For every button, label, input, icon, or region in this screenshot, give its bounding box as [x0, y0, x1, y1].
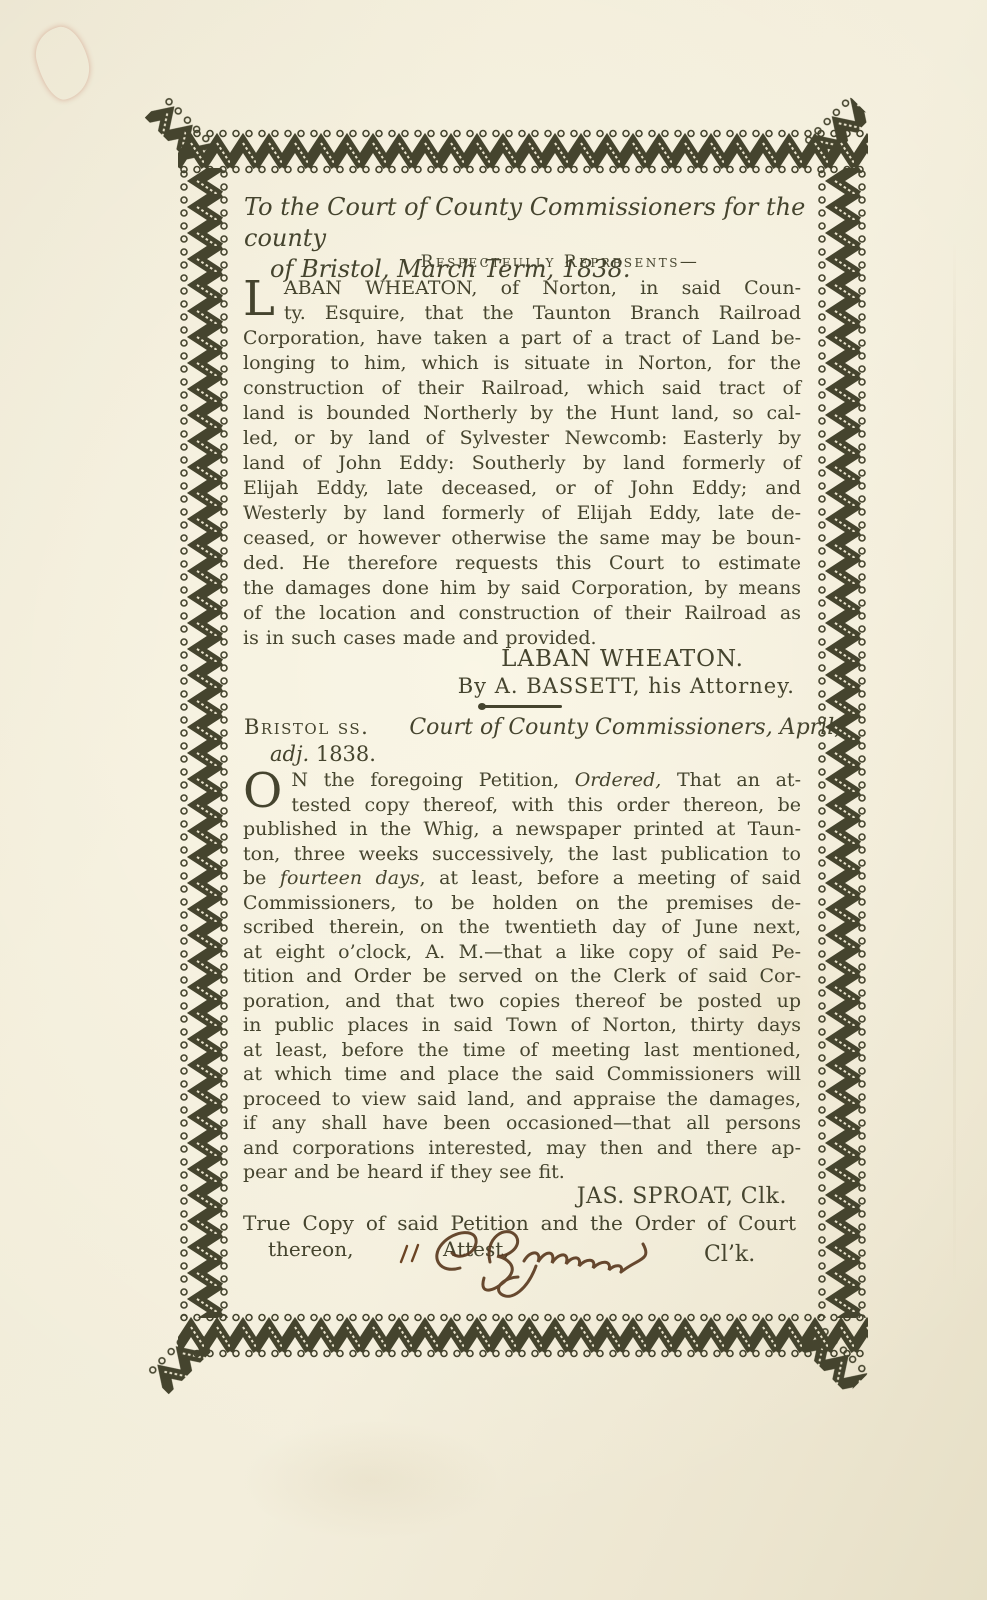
order-line: tition and Order be served on the Clerk …	[243, 964, 801, 989]
document-page: To the Court of County Commissioners for…	[0, 0, 987, 1600]
petitioner-name: LABAN WHEATON.	[243, 646, 799, 672]
order-line: ton, three weeks successively, the last …	[243, 842, 801, 867]
order-heading-line2: adj. 1838.	[270, 742, 376, 766]
order-line: N the foregoing Petition, Ordered, That …	[243, 768, 801, 793]
section-divider-rule	[482, 705, 562, 708]
petition-line: ty. Esquire, that the Taunton Branch Rai…	[243, 301, 801, 326]
border-bottom	[178, 1312, 868, 1358]
clerk-name-printed: JAS. SPROAT, Clk.	[243, 1184, 799, 1209]
border-left	[178, 168, 230, 1318]
petition-line: ceased, or however otherwise the same ma…	[243, 526, 801, 551]
petition-line: led, or by land of Sylvester Newcomb: Ea…	[243, 426, 801, 451]
order-line: proceed to view said land, and appraise …	[243, 1087, 801, 1112]
petition-line: of the location and construction of thei…	[243, 601, 801, 626]
attorney-line: By A. BASSETT, his Attorney.	[243, 674, 799, 698]
adj-year: 1838.	[309, 742, 376, 766]
venue-label: Bristol ss.	[244, 715, 369, 739]
wax-seal	[30, 22, 96, 104]
petition-line: ded. He therefore requests this Court to…	[243, 551, 801, 576]
order-line: at least, before the time of meeting las…	[243, 1038, 801, 1063]
dropcap-initial: O	[243, 768, 291, 816]
paper-stain	[240, 1420, 500, 1540]
clerk-signature-script	[412, 1216, 712, 1302]
petition-line: longing to him, which is situate in Nort…	[243, 351, 801, 376]
petition-line: Corporation, have taken a part of a trac…	[243, 326, 801, 351]
petition-lines: ABAN WHEATON, of Norton, in said Coun-ty…	[243, 276, 801, 626]
salutation-line: To the Court of County Commissioners for…	[244, 192, 814, 254]
order-lines: N the foregoing Petition, Ordered, That …	[243, 768, 801, 1160]
order-line: and corporations interested, may then an…	[243, 1136, 801, 1161]
order-line: if any shall have been occasioned—that a…	[243, 1111, 801, 1136]
order-line: scribed therein, on the twentieth day of…	[243, 915, 801, 940]
order-line: be fourteen days, at least, before a mee…	[243, 866, 801, 891]
clerk-abbreviation: Cl’k.	[704, 1242, 755, 1267]
petition-line: the damages done him by said Corporation…	[243, 576, 801, 601]
order-line: in public places in said Town of Norton,…	[243, 1013, 801, 1038]
order-line: pear and be heard if they see fit.	[243, 1160, 801, 1185]
petition-line: construction of their Railroad, which sa…	[243, 376, 801, 401]
order-line: at eight o’clock, A. M.—that a like copy…	[243, 940, 801, 965]
order-line: published in the Whig, a newspaper print…	[243, 817, 801, 842]
respectfully-represents: Respectfully Represents—	[243, 252, 799, 272]
border-top	[178, 128, 868, 174]
petition-line: ABAN WHEATON, of Norton, in said Coun-	[243, 276, 801, 301]
petition-line: Elijah Eddy, late deceased, or of John E…	[243, 476, 801, 501]
court-title: Court of County Commissioners, April,	[409, 715, 841, 740]
dropcap-initial: L	[243, 276, 284, 324]
order-line: Commissioners, to be holden on the premi…	[243, 891, 801, 916]
order-line: poration, and that two copies thereof be…	[243, 989, 801, 1014]
petition-line: land of John Eddy: Southerly by land for…	[243, 451, 801, 476]
petition-line: Westerly by land formerly of Elijah Eddy…	[243, 501, 801, 526]
petition-line: land is bounded Northerly by the Hunt la…	[243, 401, 801, 426]
order-line: tested copy thereof, with this order the…	[243, 793, 801, 818]
border-right	[816, 168, 868, 1318]
petition-paragraph: L ABAN WHEATON, of Norton, in said Coun-…	[243, 276, 801, 651]
order-paragraph: O N the foregoing Petition, Ordered, Tha…	[243, 768, 801, 1185]
thereon-label: thereon,	[268, 1237, 353, 1261]
order-line: at which time and place the said Commiss…	[243, 1062, 801, 1087]
order-heading: Bristol ss.Court of County Commissioners…	[244, 715, 800, 740]
paper-crease	[953, 240, 956, 1290]
